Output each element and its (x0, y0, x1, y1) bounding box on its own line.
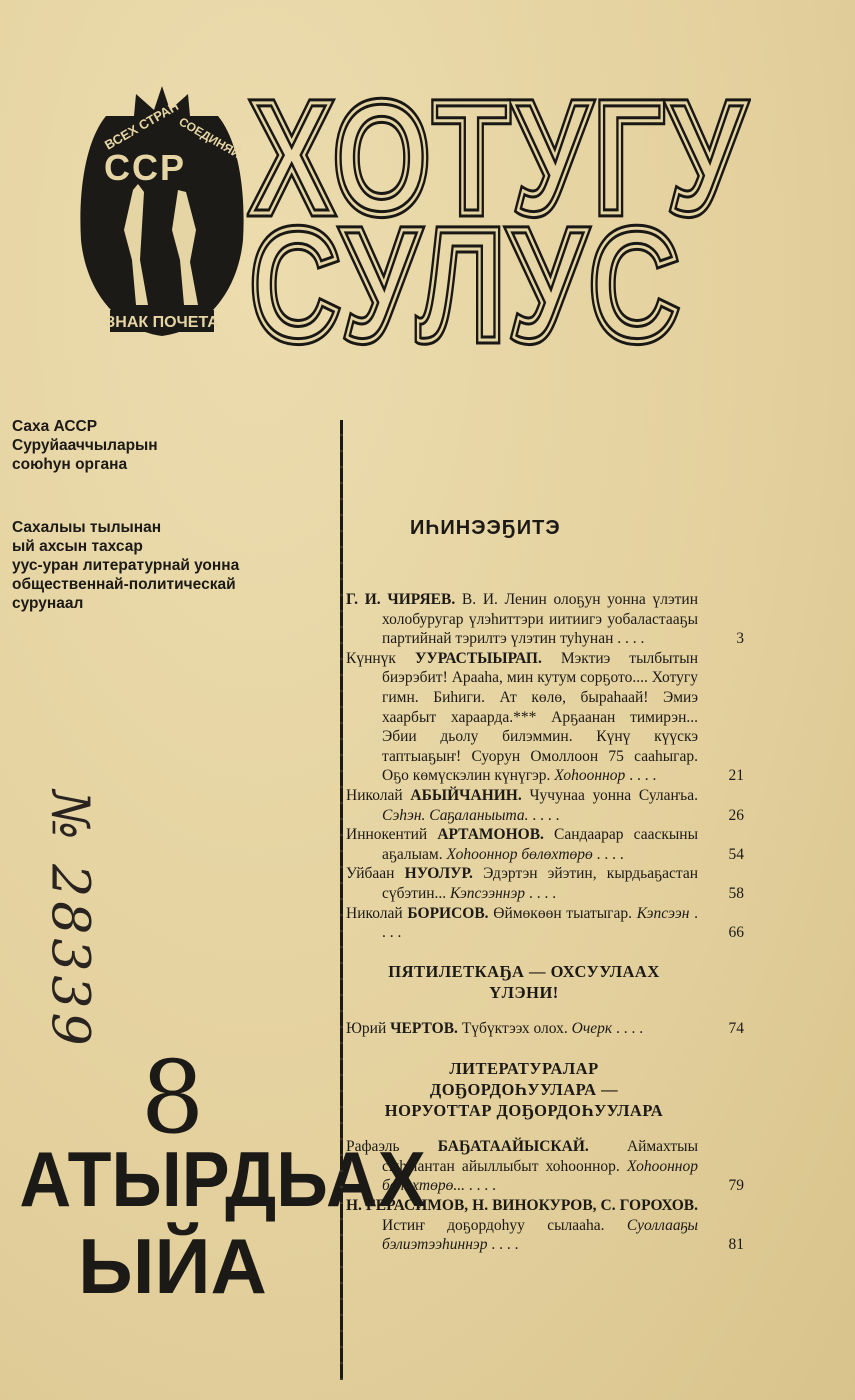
handwritten-inventory-number: № 28339 (20, 780, 90, 1040)
entry-genre: Хоһооннор бөлөхтөрө... (382, 1158, 698, 1195)
toc-section-title: ЛИТЕРАТУРАЛАРДОҔОРДОҺУУЛАРА —НОРУОТТАР Д… (344, 1058, 704, 1121)
column-divider (340, 420, 343, 1380)
entry-author: ЧЕРТОВ. (390, 1020, 458, 1037)
entry-author: Г. И. ЧИРЯЕВ. (346, 591, 455, 608)
issue-month-suffix: ЫЙА (0, 1227, 345, 1305)
description-line: ый ахсын тахсар (12, 537, 239, 556)
entry-author: УУРАСТЫЫРАП. (415, 650, 542, 667)
toc-section-title: ПЯТИЛЕТКАҔА — ОХСУУЛААХҮЛЭНИ! (344, 961, 704, 1003)
toc-entry: Николай БОРИСОВ. Өймөкөөн тыатыгар. Кэпс… (344, 904, 744, 943)
organ-line: союһун органа (12, 455, 158, 474)
publisher-organ: Саха АССР Суруйааччыларын союһун органа (12, 417, 158, 474)
description-line: уус-уран литературнай уонна (12, 556, 239, 575)
svg-text:ЗНАК ПОЧЕТА: ЗНАК ПОЧЕТА (105, 314, 219, 331)
handwritten-number-text: № 28339 (40, 790, 100, 1049)
entry-page-number: 54 (729, 845, 745, 865)
order-badge-of-honour-icon: ВСЕХ СТРАН СОЕДИНЯЙ ССР ЗНАК ПОЧЕТА (78, 80, 246, 342)
organ-line: Суруйааччыларын (12, 436, 158, 455)
entry-page-number: 74 (729, 1019, 745, 1039)
magazine-title-line2-inner: СУЛУС (250, 205, 682, 365)
entry-page-number: 79 (729, 1176, 745, 1196)
issue-number: 8 (0, 1048, 345, 1148)
toc-entry: Күннүк УУРАСТЫЫРАП. Мэктиэ тылбытын биэр… (344, 649, 744, 786)
entry-genre: Кэпсээн (637, 905, 690, 922)
table-of-contents: Г. И. ЧИРЯЕВ. В. И. Ленин олоҕун уонна ү… (344, 590, 744, 1255)
entry-genre: Сэһэн. Саҕаланыыта. (382, 807, 529, 824)
entry-genre: Хоһооннор бөлөхтөрө (446, 846, 592, 863)
entry-page-number: 66 (729, 923, 745, 943)
description-line: сурунаал (12, 594, 239, 613)
toc-entry: Уйбаан НУОЛУР. Эдэртэн эйэтин, кырдьаҕас… (344, 864, 744, 903)
entry-author: АБЫЙЧАНИН. (410, 787, 521, 804)
entry-page-number: 58 (729, 884, 745, 904)
toc-entry: Иннокентий АРТАМОНОВ. Сандаарар сааскыны… (344, 825, 744, 864)
entry-genre: Очерк (572, 1020, 612, 1037)
toc-entry: Н. ГЕРАСИМОВ, Н. ВИНОКУРОВ, С. ГОРОХОВ. … (344, 1196, 744, 1255)
entry-author: БАҔАТААЙЫСКАЙ. (438, 1138, 589, 1155)
organ-line: Саха АССР (12, 417, 158, 436)
description-line: Сахалыы тылынан (12, 518, 239, 537)
entry-author: НУОЛУР. (405, 865, 473, 882)
entry-page-number: 81 (729, 1235, 745, 1255)
toc-entry: Г. И. ЧИРЯЕВ. В. И. Ленин олоҕун уонна ү… (344, 590, 744, 649)
entry-author: АРТАМОНОВ. (437, 826, 544, 843)
entry-author: Н. ГЕРАСИМОВ, Н. ВИНОКУРОВ, С. ГОРОХОВ. (346, 1197, 698, 1214)
toc-heading: ИҺИНЭЭҔИТЭ (410, 517, 561, 540)
entry-page-number: 21 (729, 766, 745, 786)
entry-genre: Кэпсээннэр (450, 885, 525, 902)
entry-genre: Хоһооннор (554, 767, 625, 784)
svg-text:ССР: ССР (104, 147, 186, 188)
magazine-description: Сахалыы тылынан ый ахсын тахсар уус-уран… (12, 518, 239, 613)
toc-entry: Юрий ЧЕРТОВ. Түбүктээх олох. Очерк . . .… (344, 1019, 744, 1039)
entry-page-number: 3 (736, 629, 744, 649)
entry-page-number: 26 (729, 806, 745, 826)
toc-entry: Рафаэль БАҔАТААЙЫСКАЙ. Аймахтыы сыһыанта… (344, 1137, 744, 1196)
issue-month: АТЫРДЬАХ (19, 1140, 327, 1218)
entry-author: БОРИСОВ. (407, 905, 488, 922)
toc-entry: Николай АБЫЙЧАНИН. Чучунаа уонна Сулаҥьа… (344, 786, 744, 825)
entry-genre: Суоллааҕы бэлиэтээһиннэр (382, 1217, 698, 1254)
description-line: общественнай-политическай (12, 575, 239, 594)
